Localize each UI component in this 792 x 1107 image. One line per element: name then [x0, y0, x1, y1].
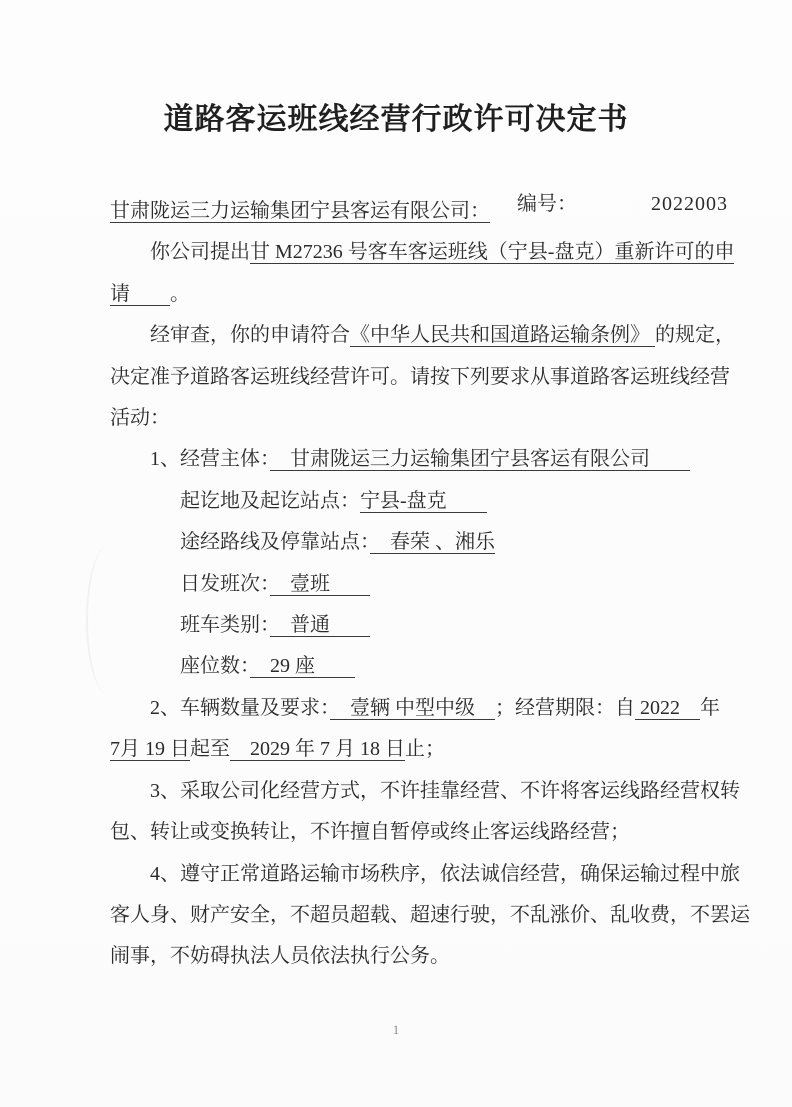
text-segment: 1、经营主体：	[150, 448, 270, 470]
scanned-document-page: 道路客运班线经营行政许可决定书 编号：2022003 甘肃陇运三力运输集团宁县客…	[0, 0, 792, 1107]
filled-blank: 2022	[635, 697, 700, 720]
document-line: 请 。	[110, 274, 750, 315]
scan-wrinkle-artifact	[86, 545, 132, 695]
text-segment: 2、车辆数量及要求：	[150, 697, 330, 719]
text-segment: 座位数：	[180, 655, 250, 677]
page-number: 1	[0, 1022, 792, 1038]
document-line: 包、转让或变换转让，不许擅自暂停或终止客运线路经营；	[110, 812, 750, 853]
document-line: 活动：	[110, 398, 750, 439]
document-line: 你公司提出甘 M27236 号客车客运班线（宁县-盘克）重新许可的申	[110, 232, 750, 273]
document-title: 道路客运班线经营行政许可决定书	[0, 94, 792, 138]
text-segment: 4、遵守正常道路运输市场秩序，依法诚信经营，确保运输过程中旅	[150, 863, 740, 885]
filled-blank: 春荣 、湘乐	[370, 531, 495, 554]
document-line: 甘肃陇运三力运输集团宁县客运有限公司：	[110, 191, 750, 232]
document-line: 2、车辆数量及要求： 壹辆 中型中级 ；经营期限：自 2022 年	[110, 688, 750, 729]
document-line: 3、采取公司化经营方式，不许挂靠经营、不许将客运线路经营权转	[110, 771, 750, 812]
filled-blank: 宁县-盘克	[360, 490, 487, 513]
text-segment: 经审查，你的申请符合	[150, 324, 350, 346]
filled-blank: 甘 M27236 号客车客运班线（宁县-盘克）重新许可的申	[250, 241, 734, 264]
document-line: 起讫地及起讫站点：宁县-盘克	[110, 481, 750, 522]
text-segment: ；经营期限：自	[495, 697, 635, 719]
document-line: 途经路线及停靠站点： 春荣 、湘乐	[110, 522, 750, 563]
filled-blank: 壹班	[270, 573, 370, 596]
document-line: 1、经营主体： 甘肃陇运三力运输集团宁县客运有限公司	[110, 439, 750, 480]
filled-blank: 壹辆 中型中级	[330, 697, 495, 720]
filled-blank: 普通	[270, 614, 370, 637]
text-segment: 年	[700, 697, 720, 719]
text-segment: 包、转让或变换转让，不许擅自暂停或终止客运线路经营；	[110, 821, 630, 843]
filled-blank: 甘肃陇运三力运输集团宁县客运有限公司	[270, 448, 690, 471]
filled-blank: 甘肃陇运三力运输集团宁县客运有限公司：	[110, 200, 490, 223]
text-segment: 3、采取公司化经营方式，不许挂靠经营、不许将客运线路经营权转	[150, 780, 740, 802]
document-line: 7月 19 日起至 2029 年 7 月 18 日止；	[110, 729, 750, 770]
text-segment: 班车类别：	[180, 614, 270, 636]
document-line: 班车类别： 普通	[110, 605, 750, 646]
text-segment: 的规定，	[655, 324, 735, 346]
filled-blank: 请	[110, 283, 170, 306]
text-segment: 你公司提出	[150, 241, 250, 263]
text-segment: 起至	[190, 738, 230, 760]
document-line: 闹事，不妨碍执法人员依法执行公务。	[110, 936, 750, 977]
text-segment: 。	[170, 283, 190, 305]
text-segment: 客人身、财产安全，不超员超载、超速行驶，不乱涨价、乱收费，不罢运	[110, 904, 750, 926]
document-line: 日发班次： 壹班	[110, 564, 750, 605]
text-segment: 日发班次：	[180, 573, 270, 595]
document-line: 座位数： 29 座	[110, 646, 750, 687]
text-segment: 起讫地及起讫站点：	[180, 490, 360, 512]
text-segment: 决定准予道路客运班线经营许可。请按下列要求从事道路客运班线经营	[110, 366, 730, 388]
filled-blank: 7月 19 日	[110, 738, 190, 761]
filled-blank: 《中华人民共和国道路运输条例》	[350, 324, 655, 347]
filled-blank: 2029 年 7 月 18 日	[230, 738, 405, 761]
document-line: 客人身、财产安全，不超员超载、超速行驶，不乱涨价、乱收费，不罢运	[110, 895, 750, 936]
document-body: 甘肃陇运三力运输集团宁县客运有限公司：你公司提出甘 M27236 号客车客运班线…	[110, 191, 750, 978]
text-segment: 途经路线及停靠站点：	[180, 531, 370, 553]
document-line: 经审查，你的申请符合《中华人民共和国道路运输条例》 的规定，	[110, 315, 750, 356]
text-segment: 活动：	[110, 407, 170, 429]
filled-blank: 29 座	[250, 655, 355, 678]
document-line: 决定准予道路客运班线经营许可。请按下列要求从事道路客运班线经营	[110, 357, 750, 398]
text-segment: 闹事，不妨碍执法人员依法执行公务。	[110, 945, 450, 967]
text-segment: 止；	[405, 738, 445, 760]
document-line: 4、遵守正常道路运输市场秩序，依法诚信经营，确保运输过程中旅	[110, 854, 750, 895]
